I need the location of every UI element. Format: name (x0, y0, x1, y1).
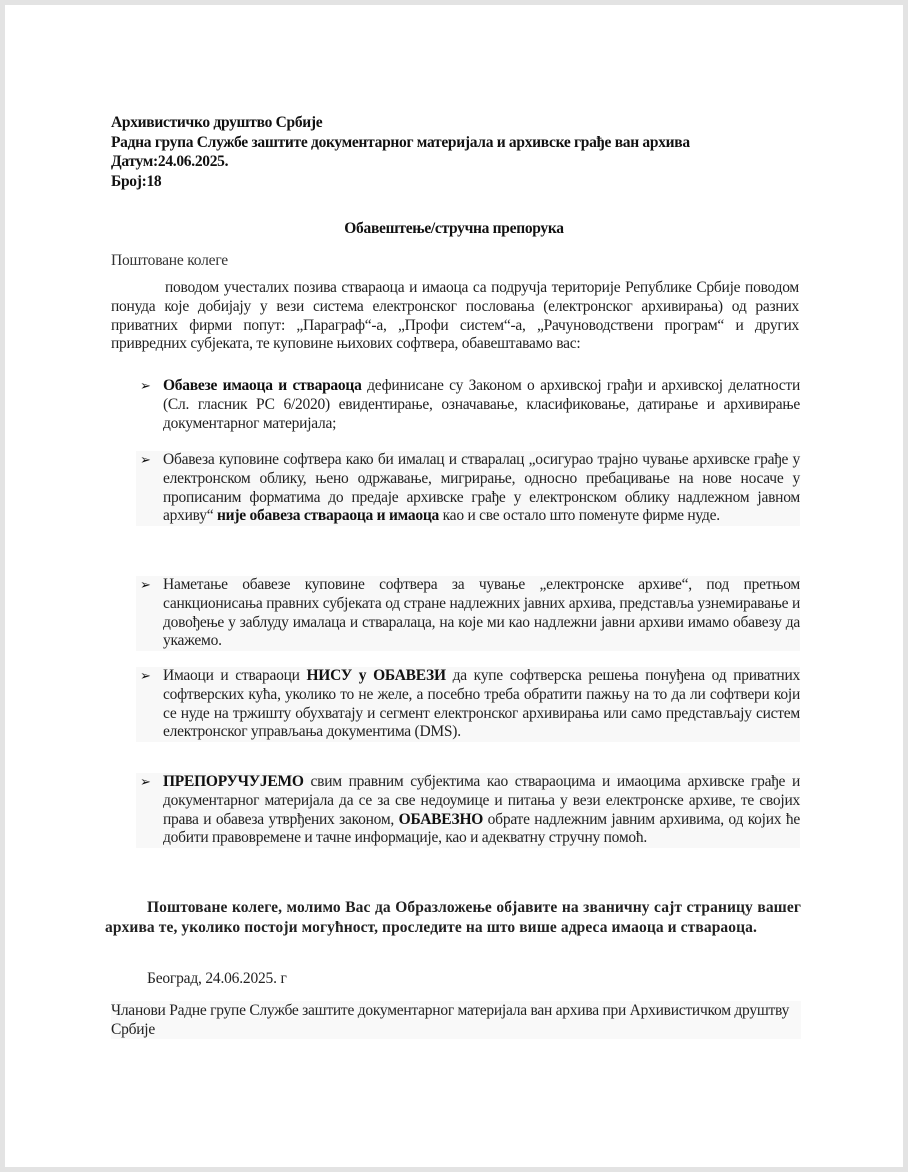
bullet-text: Обавезе имаоца и ствараоца дефинисане су… (163, 377, 800, 433)
signature-block: Чланови Радне групе Службе заштите докум… (111, 1001, 801, 1039)
bullet-body: као и све остало што поменуте фирме нуде… (439, 507, 720, 524)
bullet-item: ➢ ПРЕПОРУЧУЈЕМО свим правним субјектима … (136, 773, 800, 848)
document-header: Архивистичко друштво Србије Радна група … (111, 113, 690, 191)
intro-paragraph: поводом учесталих позива ствараоца и има… (111, 279, 799, 354)
bullet-item: ➢ Обавеза куповине софтвера како би имал… (136, 451, 800, 526)
document-date: Датум:24.06.2025. (111, 152, 690, 172)
bullet-item: ➢ Наметање обавезе куповине софтвера за … (136, 576, 800, 651)
document-page: Архивистичко друштво Србије Радна група … (5, 5, 903, 1167)
bullet-text: Обавеза куповине софтвера како би ималац… (163, 451, 800, 526)
document-number: Број:18 (111, 172, 690, 192)
bullet-bold-emphasis: НИСУ у ОБАВЕЗИ (306, 667, 445, 684)
bullet-bold-emphasis: није обавеза ствараоца и имаоца (217, 507, 439, 524)
bullet-item: ➢ Имаоци и ствараоци НИСУ у ОБАВЕЗИ да к… (136, 667, 800, 742)
greeting: Поштоване колеге (111, 252, 228, 270)
arrowhead-bullet-icon: ➢ (140, 576, 151, 595)
working-group-name: Радна група Службе заштите документарног… (111, 133, 690, 153)
bullet-text: ПРЕПОРУЧУЈЕМО свим правним субјектима ка… (163, 773, 800, 848)
arrowhead-bullet-icon: ➢ (140, 451, 151, 470)
bullet-text: Наметање обавезе куповине софтвера за чу… (163, 576, 800, 651)
arrowhead-bullet-icon: ➢ (140, 667, 151, 686)
bullet-text: Имаоци и ствараоци НИСУ у ОБАВЕЗИ да куп… (163, 667, 800, 742)
bullet-bold-lead: ПРЕПОРУЧУЈЕМО (163, 773, 304, 790)
arrowhead-bullet-icon: ➢ (140, 773, 151, 792)
document-title: Обавештење/стручна препорука (5, 220, 903, 238)
bullet-bold-emphasis: ОБАВЕЗНО (399, 811, 483, 828)
arrowhead-bullet-icon: ➢ (140, 377, 151, 396)
closing-paragraph: Поштоване колеге, молимо Вас да Образлож… (105, 898, 801, 938)
bullet-bold-lead: Обавезе имаоца и ствараоца (163, 377, 362, 394)
organization-name: Архивистичко друштво Србије (111, 113, 690, 133)
bullet-item: ➢ Обавезе имаоца и ствараоца дефинисане … (136, 377, 800, 433)
place-and-date: Београд, 24.06.2025. г (147, 970, 287, 988)
bullet-body: Имаоци и ствараоци (163, 667, 306, 684)
